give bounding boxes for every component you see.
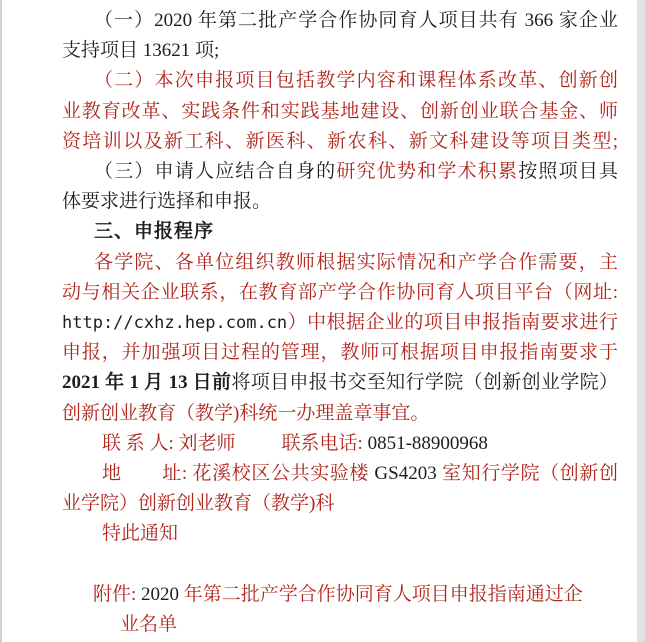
text-run: 支持项目 13621 项;	[62, 40, 219, 61]
blank-line	[62, 550, 618, 580]
text-run: 室知行学院（创新创	[437, 463, 618, 484]
heading-text: 三、申报程序	[94, 221, 214, 242]
document-content: （一）2020 年第二批产学合作协同育人项目共有 366 家企业 支持项目 13…	[62, 6, 618, 640]
text-run: 业教育改革、实践条件和实践基地建设、创新创业联合基金、师	[62, 101, 618, 122]
text-run: 2020	[141, 584, 179, 605]
doc-line-item-2: （二）本次申报项目包括教学内容和课程体系改革、创新创	[62, 66, 618, 96]
text-run: （二）本次申报项目包括教学内容和课程体系改革、创新创	[94, 70, 618, 91]
text-run: 年第二批产学合作协同育人项目申报指南通过企	[179, 584, 583, 605]
section-heading: 三、申报程序	[62, 217, 618, 247]
text-run: 申报，并加强项目过程的管理，教师可根据项目申报指南要求于	[62, 342, 618, 363]
notice-close-line: 特此通知	[62, 519, 618, 549]
document-page: （一）2020 年第二批产学合作协同育人项目共有 366 家企业 支持项目 13…	[0, 0, 645, 642]
address-line: 地址: 花溪校区公共实验楼 GS4203 室知行学院（创新创	[62, 459, 618, 489]
contact-phone-label: 联系电话:	[282, 433, 368, 454]
deadline-date: 2021 年 1 月 13 日前	[62, 372, 231, 393]
text-run: （三）申请人应结合自身的	[94, 161, 336, 182]
attachment-line: 业名单	[62, 610, 618, 640]
text-run: 动与相关企业联系，在教育部产学合作协同育人项目平台（网址:	[62, 282, 618, 303]
phone-number: 0851-88900968	[368, 433, 488, 454]
url-text: http://cxhz.hep.com.cn	[62, 313, 287, 333]
doc-line: http://cxhz.hep.com.cn）中根据企业的项目申报指南要求进行	[62, 308, 618, 338]
text-run: 址: 花溪校区公共实验楼	[162, 463, 375, 484]
attachment-label: 附件:	[93, 584, 141, 605]
doc-line: 业教育改革、实践条件和实践基地建设、创新创业联合基金、师	[62, 97, 618, 127]
page-right-border	[637, 0, 645, 642]
text-run: 按照项目具	[518, 161, 618, 182]
text-run: 特此通知	[102, 523, 178, 544]
doc-line: 申报，并加强项目过程的管理，教师可根据项目申报指南要求于	[62, 338, 618, 368]
text-run: 各学院、各单位组织教师根据实际情况和产学合作需要，主	[94, 252, 618, 273]
address-line: 业学院）创新创业教育（教学)科	[62, 489, 618, 519]
doc-line: 资培训以及新工科、新医科、新农科、新文科建设等项目类型;	[62, 127, 618, 157]
text-run: 业学院）创新创业教育（教学)科	[62, 493, 334, 514]
text-run: 体要求进行选择和申报。	[62, 191, 271, 212]
doc-line-deadline: 2021 年 1 月 13 日前将项目申报书交至知行学院（创新创业学院）	[62, 368, 618, 398]
text-run: 将项目申报书交至知行学院（创新创业学院）	[231, 372, 618, 393]
doc-line: 体要求进行选择和申报。	[62, 187, 618, 217]
text-run: （一）2020 年第二批产学合作协同育人项目共有 366 家企业	[94, 10, 618, 31]
contact-person-label: 联 系 人: 刘老师	[102, 433, 236, 454]
doc-line: 创新创业教育（教学)科统一办理盖章事宜。	[62, 399, 618, 429]
doc-line: 支持项目 13621 项;	[62, 36, 618, 66]
doc-line-item-1: （一）2020 年第二批产学合作协同育人项目共有 366 家企业	[62, 6, 618, 36]
room-number: GS4203	[374, 463, 436, 484]
doc-line-item-3: （三）申请人应结合自身的研究优势和学术积累按照项目具	[62, 157, 618, 187]
text-run: 研究优势和学术积累	[336, 161, 518, 182]
doc-line: 各学院、各单位组织教师根据实际情况和产学合作需要，主	[62, 248, 618, 278]
text-run: ）中根据企业的项目申报指南要求进行	[287, 312, 618, 333]
contact-line: 联 系 人: 刘老师联系电话: 0851-88900968	[62, 429, 618, 459]
address-label: 地	[102, 463, 122, 484]
text-run: 资培训以及新工科、新医科、新农科、新文科建设等项目类型;	[62, 131, 618, 152]
text-run: 创新创业教育（教学)科统一办理盖章事宜。	[62, 403, 429, 424]
attachment-line: 附件: 2020 年第二批产学合作协同育人项目申报指南通过企	[62, 580, 618, 610]
text-run: 业名单	[120, 614, 177, 635]
doc-line: 动与相关企业联系，在教育部产学合作协同育人项目平台（网址:	[62, 278, 618, 308]
